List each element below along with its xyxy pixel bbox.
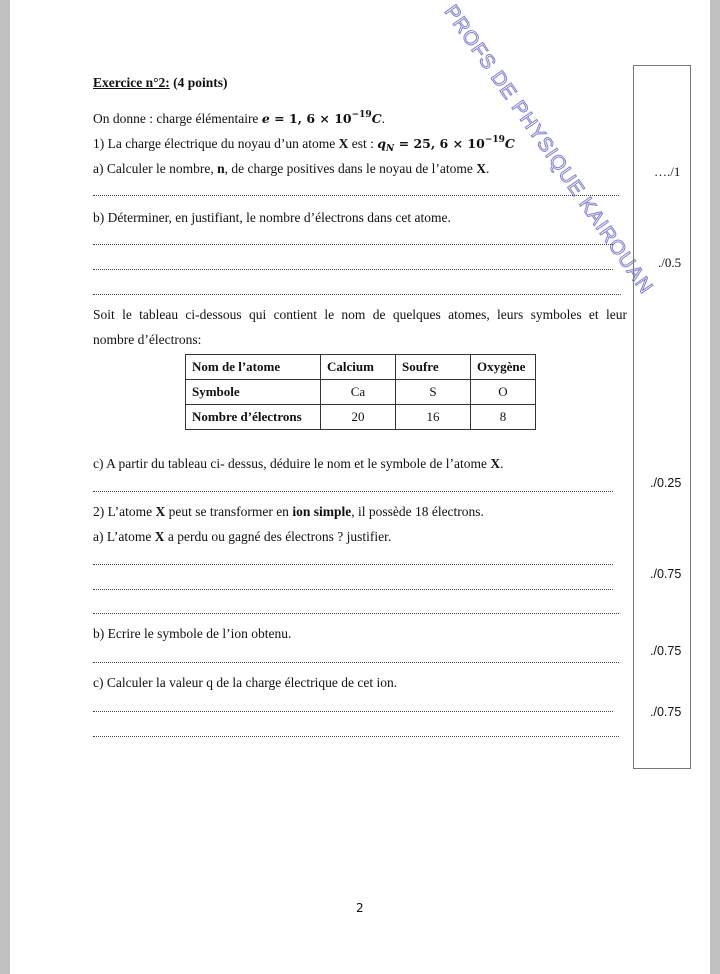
question-2: 2) L’atome X peut se transformer en ion …	[93, 505, 484, 519]
answer-line[interactable]	[93, 490, 613, 492]
table-row: Nombre d’électrons 20 16 8	[186, 405, 536, 430]
table-intro-cont: nombre d’électrons:	[93, 333, 201, 347]
page-number: 2	[356, 901, 364, 915]
score-q1a: …./1	[654, 164, 680, 180]
answer-line[interactable]	[93, 735, 619, 737]
question-1b: b) Déterminer, en justifiant, le nombre …	[93, 211, 451, 225]
score-q1b: ./0.5	[658, 255, 681, 271]
question-1c: c) A partir du tableau ci- dessus, dédui…	[93, 457, 504, 471]
exercise-heading: Exercice n°2: (4 points)	[93, 76, 228, 90]
answer-line[interactable]	[93, 293, 621, 295]
given-statement: On donne : charge élémentaire e = 1, 6 ×…	[93, 112, 385, 126]
question-2a: a) L’atome X a perdu ou gagné des électr…	[93, 530, 391, 544]
answer-line[interactable]	[93, 588, 613, 590]
answer-line[interactable]	[93, 243, 613, 245]
score-q1c: ./0.25	[650, 476, 681, 490]
table-header-row: Nom de l’atome Calcium Soufre Oxygène	[186, 355, 536, 380]
answer-line[interactable]	[93, 710, 613, 712]
table-row: Symbole Ca S O	[186, 380, 536, 405]
atoms-table: Nom de l’atome Calcium Soufre Oxygène Sy…	[185, 354, 536, 430]
score-q2a: ./0.75	[650, 567, 681, 581]
question-2c: c) Calculer la valeur q de la charge éle…	[93, 676, 397, 690]
table-intro: Soit le tableau ci-dessous qui contient …	[93, 308, 627, 322]
answer-line[interactable]	[93, 268, 613, 270]
exercise-points: (4 points)	[173, 75, 227, 90]
score-q2b: ./0.75	[650, 644, 681, 658]
score-q2c: ./0.75	[650, 705, 681, 719]
exercise-title: Exercice n°2:	[93, 75, 170, 90]
answer-line[interactable]	[93, 194, 619, 196]
answer-line[interactable]	[93, 563, 613, 565]
answer-line[interactable]	[93, 612, 619, 614]
question-1: 1) La charge électrique du noyau d’un at…	[93, 137, 515, 151]
answer-line[interactable]	[93, 661, 619, 663]
question-1a: a) Calculer le nombre, n, de charge posi…	[93, 162, 489, 176]
question-2b: b) Ecrire le symbole de l’ion obtenu.	[93, 627, 291, 641]
